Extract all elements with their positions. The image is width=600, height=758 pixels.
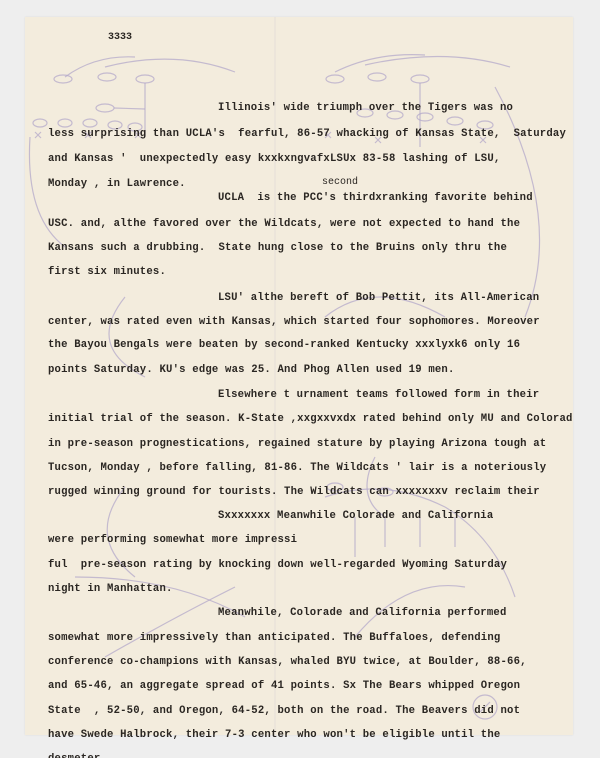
- text-line: first six minutes.: [48, 266, 166, 278]
- text-line: Elsewhere t urnament teams followed form…: [218, 389, 539, 401]
- text-line: rugged winning ground for tourists. The …: [48, 486, 540, 498]
- text-line: and 65-46, an aggregate spread of 41 poi…: [48, 680, 520, 692]
- page-number: 3333: [108, 32, 132, 43]
- text-line: have Swede Halbrock, their 7-3 center wh…: [48, 729, 500, 741]
- text-line: night in Manhattan.: [48, 583, 173, 595]
- text-line: less surprising than UCLA's fearful, 86-…: [48, 128, 566, 140]
- text-line: initial trial of the season. K-State ,xx…: [48, 413, 573, 425]
- handwritten-correction: second: [322, 177, 358, 188]
- text-line: in pre-season prognestications, regained…: [48, 438, 546, 450]
- text-line: Kansans such a drubbing. State hung clos…: [48, 242, 507, 254]
- text-line: UCLA is the PCC's thirdxranking favorite…: [218, 192, 533, 204]
- text-line: were performing somewhat more impressi: [48, 534, 297, 546]
- text-line: conference co-champions with Kansas, wha…: [48, 656, 527, 668]
- text-line: Sxxxxxxx Meanwhile Colorade and Californ…: [218, 510, 493, 522]
- text-line: points Saturday. KU's edge was 25. And P…: [48, 364, 455, 376]
- bleed-through-play-diagram-icon: [25, 17, 573, 735]
- text-line: Tucson, Monday , before falling, 81-86. …: [48, 462, 546, 474]
- text-line: LSU' althe bereft of Bob Pettit, its All…: [218, 292, 539, 304]
- text-line: the Bayou Bengals were beaten by second-…: [48, 339, 520, 351]
- text-line: desmeter.: [48, 753, 107, 758]
- text-line: State , 52-50, and Oregon, 64-52, both o…: [48, 705, 520, 717]
- text-line: ful pre-season rating by knocking down w…: [48, 559, 507, 571]
- text-line: USC. and, althe favored over the Wildcat…: [48, 218, 520, 230]
- text-line: Illinois' wide triumph over the Tigers w…: [218, 102, 513, 114]
- text-line: and Kansas ' unexpectedly easy kxxkxngva…: [48, 153, 500, 165]
- text-line: center, was rated even with Kansas, whic…: [48, 316, 540, 328]
- text-line: Meanwhile, Colorade and California perfo…: [218, 607, 507, 619]
- typewritten-page: 3333 second Illinois' wide triumph over …: [25, 17, 573, 735]
- text-line: Monday , in Lawrence.: [48, 178, 186, 190]
- text-line: somewhat more impressively than anticipa…: [48, 632, 500, 644]
